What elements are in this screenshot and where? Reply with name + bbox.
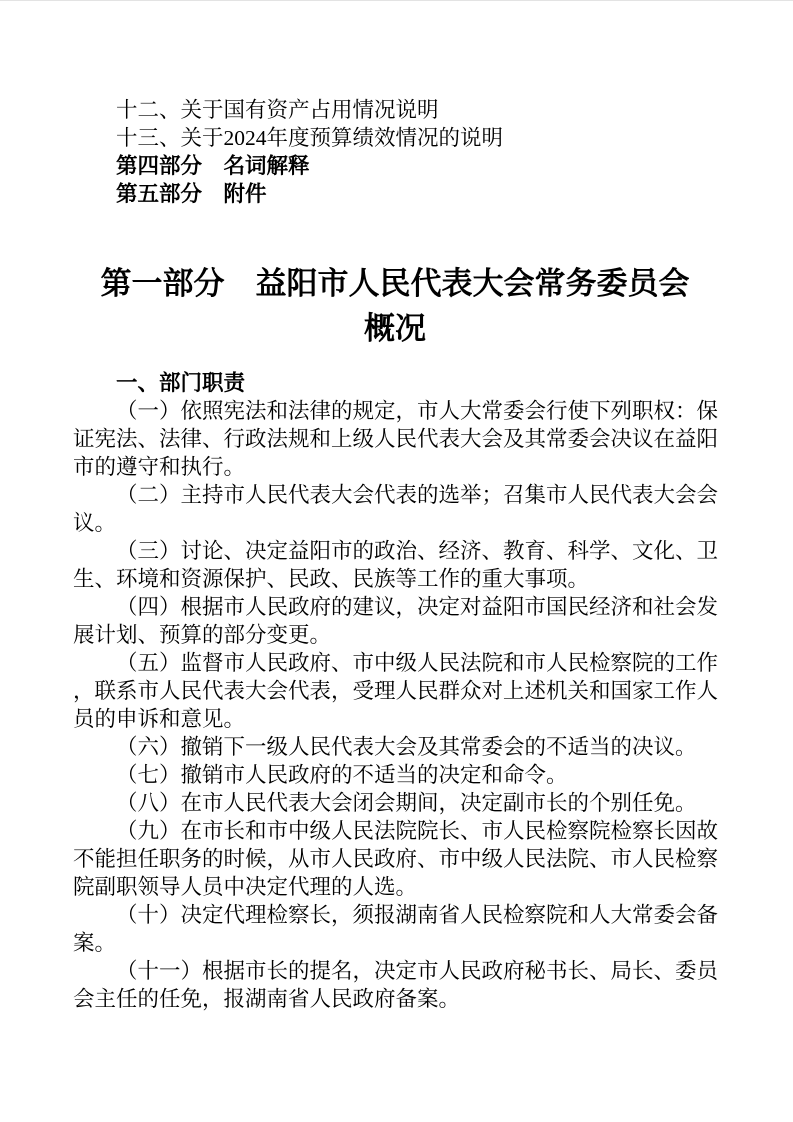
paragraph: （十一）根据市长的提名，决定市人民政府秘书长、局长、委员会主任的任免，报湖南省人… (73, 957, 717, 1013)
text-line: 案。 (73, 929, 717, 957)
text-line: 展计划、预算的部分变更。 (73, 621, 717, 649)
text-line: （十）决定代理检察长，须报湖南省人民检察院和人大常委会备 (73, 901, 717, 929)
text-line: 生、环境和资源保护、民政、民族等工作的重大事项。 (73, 565, 717, 593)
text-line: （五）监督市人民政府、市中级人民法院和市人民检察院的工作 (73, 649, 717, 677)
text-line: 市的遵守和执行。 (73, 453, 717, 481)
text-line: （二）主持市人民代表大会代表的选举；召集市人民代表大会会 (73, 481, 717, 509)
section-body: （一）依照宪法和法律的规定，市人大常委会行使下列职权：保证宪法、法律、行政法规和… (73, 397, 717, 1013)
paragraph: （四）根据市人民政府的建议，决定对益阳市国民经济和社会发展计划、预算的部分变更。 (73, 593, 717, 649)
text-line: 议。 (73, 509, 717, 537)
paragraph: （三）讨论、决定益阳市的政治、经济、教育、科学、文化、卫生、环境和资源保护、民政… (73, 537, 717, 593)
paragraph: （一）依照宪法和法律的规定，市人大常委会行使下列职权：保证宪法、法律、行政法规和… (73, 397, 717, 481)
paragraph: （八）在市人民代表大会闭会期间，决定副市长的个别任免。 (73, 789, 717, 817)
toc-item: 十三、关于2024年度预算绩效情况的说明 (73, 124, 717, 152)
text-line: （六）撤销下一级人民代表大会及其常委会的不适当的决议。 (73, 733, 717, 761)
toc-item-part4: 第四部分 名词解释 (73, 152, 717, 180)
text-line: 会主任的任免，报湖南省人民政府备案。 (73, 985, 717, 1013)
paragraph: （六）撤销下一级人民代表大会及其常委会的不适当的决议。 (73, 733, 717, 761)
text-line: （七）撤销市人民政府的不适当的决定和命令。 (73, 761, 717, 789)
paragraph: （九）在市长和市中级人民法院院长、市人民检察院检察长因故不能担任职务的时候，从市… (73, 817, 717, 901)
page-content: 十二、关于国有资产占用情况说明 十三、关于2024年度预算绩效情况的说明 第四部… (73, 96, 717, 1013)
text-line: 院副职领导人员中决定代理的人选。 (73, 873, 717, 901)
paragraph: （十）决定代理检察长，须报湖南省人民检察院和人大常委会备案。 (73, 901, 717, 957)
document-page: 十二、关于国有资产占用情况说明 十三、关于2024年度预算绩效情况的说明 第四部… (0, 0, 793, 1122)
part1-title-line1: 第一部分 益阳市人民代表大会常务委员会 (73, 261, 717, 306)
toc-item: 十二、关于国有资产占用情况说明 (73, 96, 717, 124)
part1-title: 第一部分 益阳市人民代表大会常务委员会 概况 (73, 261, 717, 351)
toc-continuation: 十二、关于国有资产占用情况说明 十三、关于2024年度预算绩效情况的说明 第四部… (73, 96, 717, 208)
paragraph: （七）撤销市人民政府的不适当的决定和命令。 (73, 761, 717, 789)
paragraph: （二）主持市人民代表大会代表的选举；召集市人民代表大会会议。 (73, 481, 717, 537)
text-line: 不能担任职务的时候，从市人民政府、市中级人民法院、市人民检察 (73, 845, 717, 873)
toc-item-part5: 第五部分 附件 (73, 180, 717, 208)
part1-title-line2: 概况 (73, 306, 717, 351)
text-line: （八）在市人民代表大会闭会期间，决定副市长的个别任免。 (73, 789, 717, 817)
text-line: 证宪法、法律、行政法规和上级人民代表大会及其常委会决议在益阳 (73, 425, 717, 453)
text-line: （三）讨论、决定益阳市的政治、经济、教育、科学、文化、卫 (73, 537, 717, 565)
text-line: （一）依照宪法和法律的规定，市人大常委会行使下列职权：保 (73, 397, 717, 425)
text-line: ，联系市人民代表大会代表，受理人民群众对上述机关和国家工作人 (73, 677, 717, 705)
paragraph: （五）监督市人民政府、市中级人民法院和市人民检察院的工作，联系市人民代表大会代表… (73, 649, 717, 733)
section-heading-duties: 一、部门职责 (73, 369, 717, 397)
text-line: （四）根据市人民政府的建议，决定对益阳市国民经济和社会发 (73, 593, 717, 621)
text-line: （九）在市长和市中级人民法院院长、市人民检察院检察长因故 (73, 817, 717, 845)
text-line: 员的申诉和意见。 (73, 705, 717, 733)
text-line: （十一）根据市长的提名，决定市人民政府秘书长、局长、委员 (73, 957, 717, 985)
